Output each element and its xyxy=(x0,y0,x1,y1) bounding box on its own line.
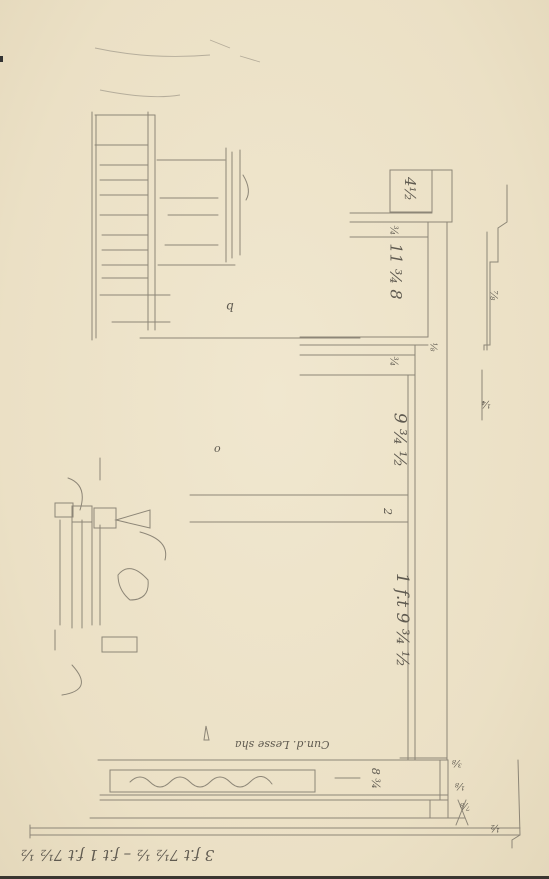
label-base-side-4: ½ xyxy=(490,822,500,833)
label-upper-step: ¾ xyxy=(387,226,398,236)
label-middle-block: 9 ¾ ½ xyxy=(389,413,409,468)
marker-b: o xyxy=(214,443,221,456)
label-mid-fraction: ⅛ xyxy=(427,343,437,352)
label-lower-block: 1 f.t 9 ¾ ½ xyxy=(392,573,412,667)
label-top-box: 4½ xyxy=(401,177,419,201)
label-base-measure: 8 ¾ xyxy=(369,768,382,789)
label-upper-block: 11 ¾ 8 xyxy=(387,243,406,299)
label-base-side-1: ⅜ xyxy=(452,757,462,768)
label-base-side-3: ⅞ xyxy=(460,800,470,811)
label-right-profile: ⅞ xyxy=(487,291,498,301)
label-mid-step: ¾ xyxy=(387,357,398,367)
label-base-side-2: ⅛ xyxy=(455,780,465,791)
marker-a: b xyxy=(226,300,234,314)
sketch-sheet: 3 f.t 7½ ½ – f.t 1 f.t 7½ ½ 4½ ¾ 11 ¾ 8 … xyxy=(0,0,549,879)
column-capital-sketch xyxy=(55,458,166,695)
label-middle-small: 2 xyxy=(381,508,394,515)
label-right-profile-small: ¼ xyxy=(481,398,491,409)
right-stepped-profile xyxy=(482,185,520,848)
edge-mark xyxy=(0,56,3,62)
bottom-caption: 3 f.t 7½ ½ – f.t 1 f.t 7½ ½ xyxy=(20,846,214,864)
base-molding xyxy=(30,760,520,838)
faint-top-scribbles xyxy=(95,40,260,97)
label-base-note: Cun.d. Lesse sha xyxy=(235,738,330,751)
